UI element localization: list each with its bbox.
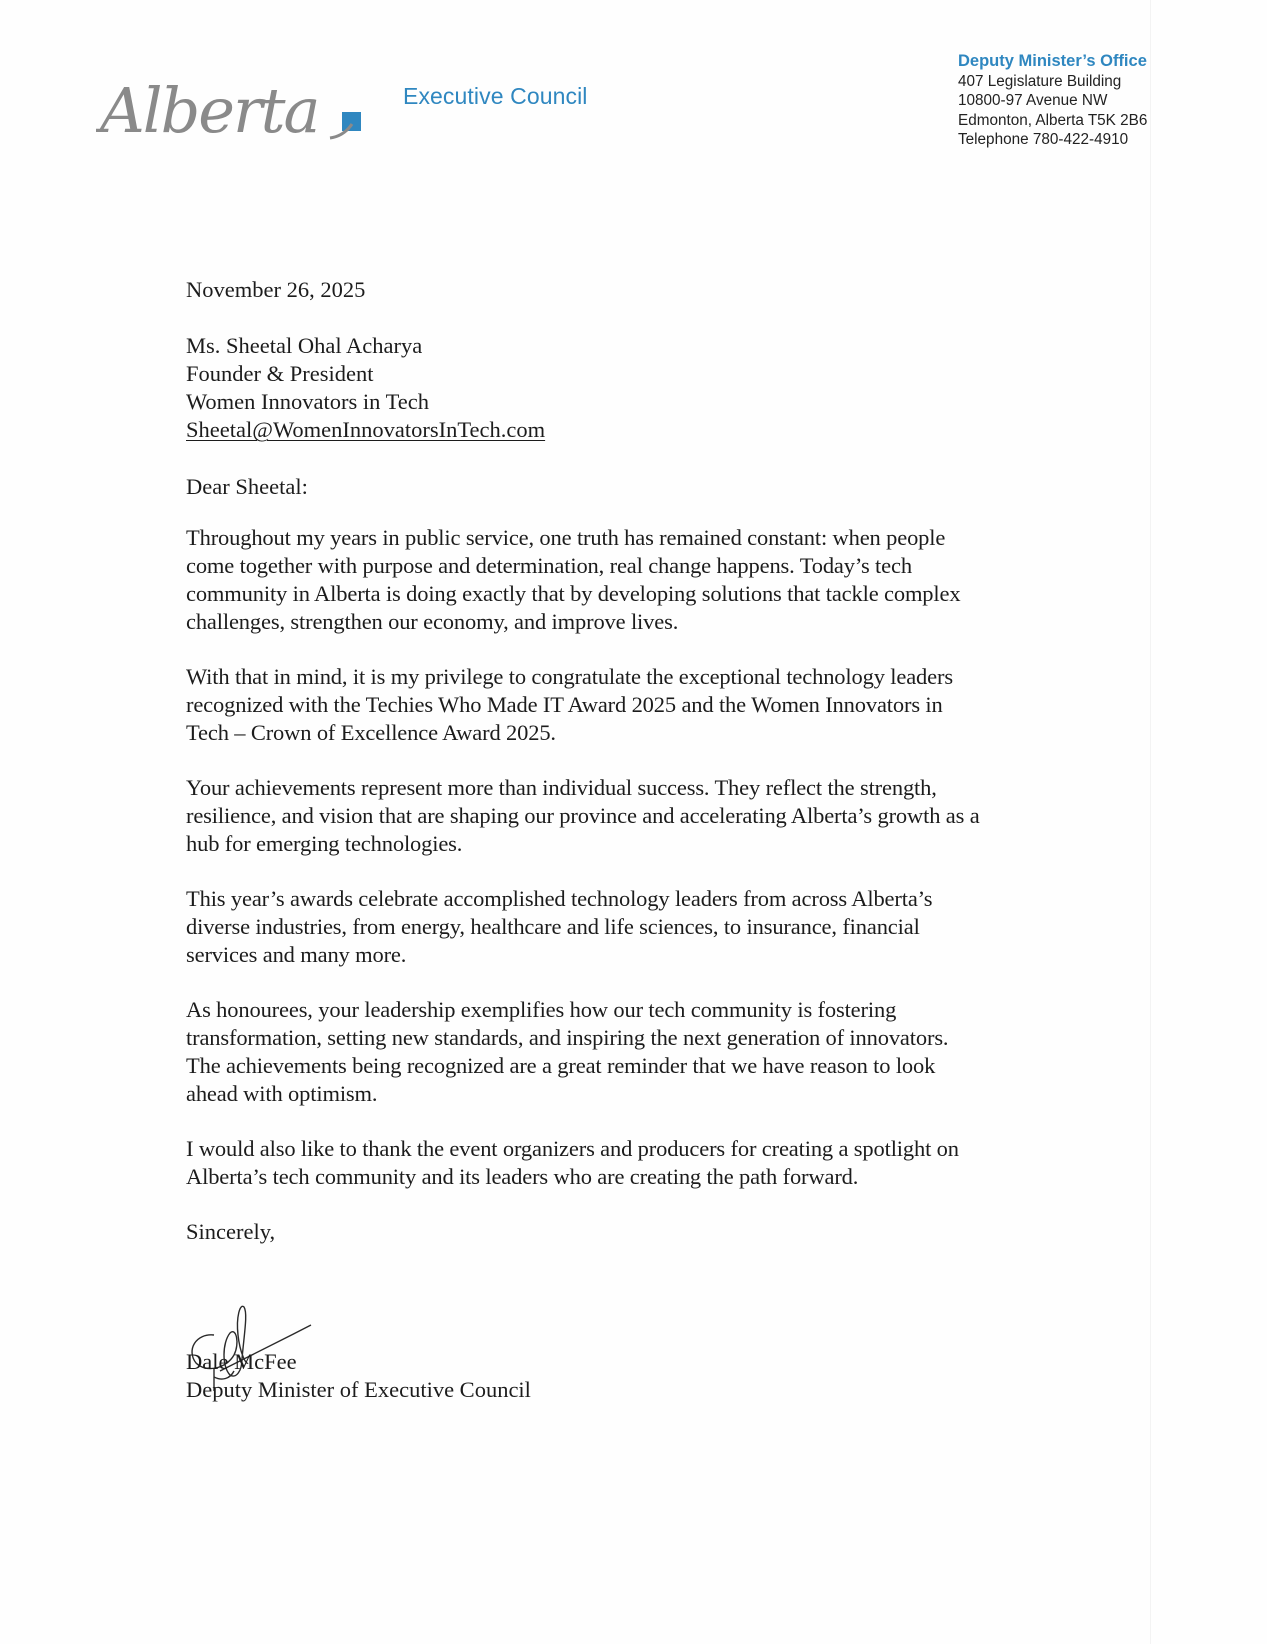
address-line: Edmonton, Alberta T5K 2B6 xyxy=(958,111,1147,131)
address-line: 10800-97 Avenue NW xyxy=(958,91,1147,111)
paragraph-line: challenges, strengthen our economy, and … xyxy=(186,609,678,635)
svg-text:Alberta: Alberta xyxy=(96,74,319,147)
alberta-logo: Alberta xyxy=(96,66,366,156)
paragraph-line: Tech – Crown of Excellence Award 2025. xyxy=(186,720,556,746)
paragraph-line: hub for emerging technologies. xyxy=(186,831,462,857)
paragraph-line: Throughout my years in public service, o… xyxy=(186,525,945,551)
department-name: Executive Council xyxy=(403,83,588,110)
paragraph-line: transformation, setting new standards, a… xyxy=(186,1025,948,1051)
paragraph-line: resilience, and vision that are shaping … xyxy=(186,803,980,829)
office-title: Deputy Minister’s Office xyxy=(958,52,1147,72)
paragraph-line: recognized with the Techies Who Made IT … xyxy=(186,692,943,718)
address-line: 407 Legislature Building xyxy=(958,72,1147,92)
paragraph-line: come together with purpose and determina… xyxy=(186,553,912,579)
paragraph-line: services and many more. xyxy=(186,942,406,968)
telephone-line: Telephone 780-422-4910 xyxy=(958,130,1147,150)
paragraph-line: With that in mind, it is my privilege to… xyxy=(186,664,953,690)
letter-page: Alberta Executive Council Deputy Ministe… xyxy=(0,0,1267,1644)
signer-title: Deputy Minister of Executive Council xyxy=(186,1377,531,1403)
paragraph-line: I would also like to thank the event org… xyxy=(186,1136,959,1162)
recipient-title: Founder & President xyxy=(186,361,373,387)
paragraph-line: community in Alberta is doing exactly th… xyxy=(186,581,960,607)
letter-date: November 26, 2025 xyxy=(186,277,365,303)
scan-edge-line xyxy=(1150,0,1151,1644)
recipient-email-link[interactable]: Sheetal@WomenInnovatorsInTech.com xyxy=(186,417,545,443)
paragraph-line: As honourees, your leadership exemplifie… xyxy=(186,997,896,1023)
recipient-name: Ms. Sheetal Ohal Acharya xyxy=(186,333,422,359)
closing: Sincerely, xyxy=(186,1219,275,1245)
paragraph-line: ahead with optimism. xyxy=(186,1081,377,1107)
office-address-block: Deputy Minister’s Office 407 Legislature… xyxy=(958,52,1147,150)
paragraph-line: This year’s awards celebrate accomplishe… xyxy=(186,886,932,912)
signer-name: Dale McFee xyxy=(186,1349,297,1375)
paragraph-line: Alberta’s tech community and its leaders… xyxy=(186,1164,858,1190)
paragraph-line: The achievements being recognized are a … xyxy=(186,1053,935,1079)
paragraph-line: diverse industries, from energy, healthc… xyxy=(186,914,920,940)
recipient-organization: Women Innovators in Tech xyxy=(186,389,429,415)
salutation: Dear Sheetal: xyxy=(186,474,308,500)
paragraph-line: Your achievements represent more than in… xyxy=(186,775,937,801)
